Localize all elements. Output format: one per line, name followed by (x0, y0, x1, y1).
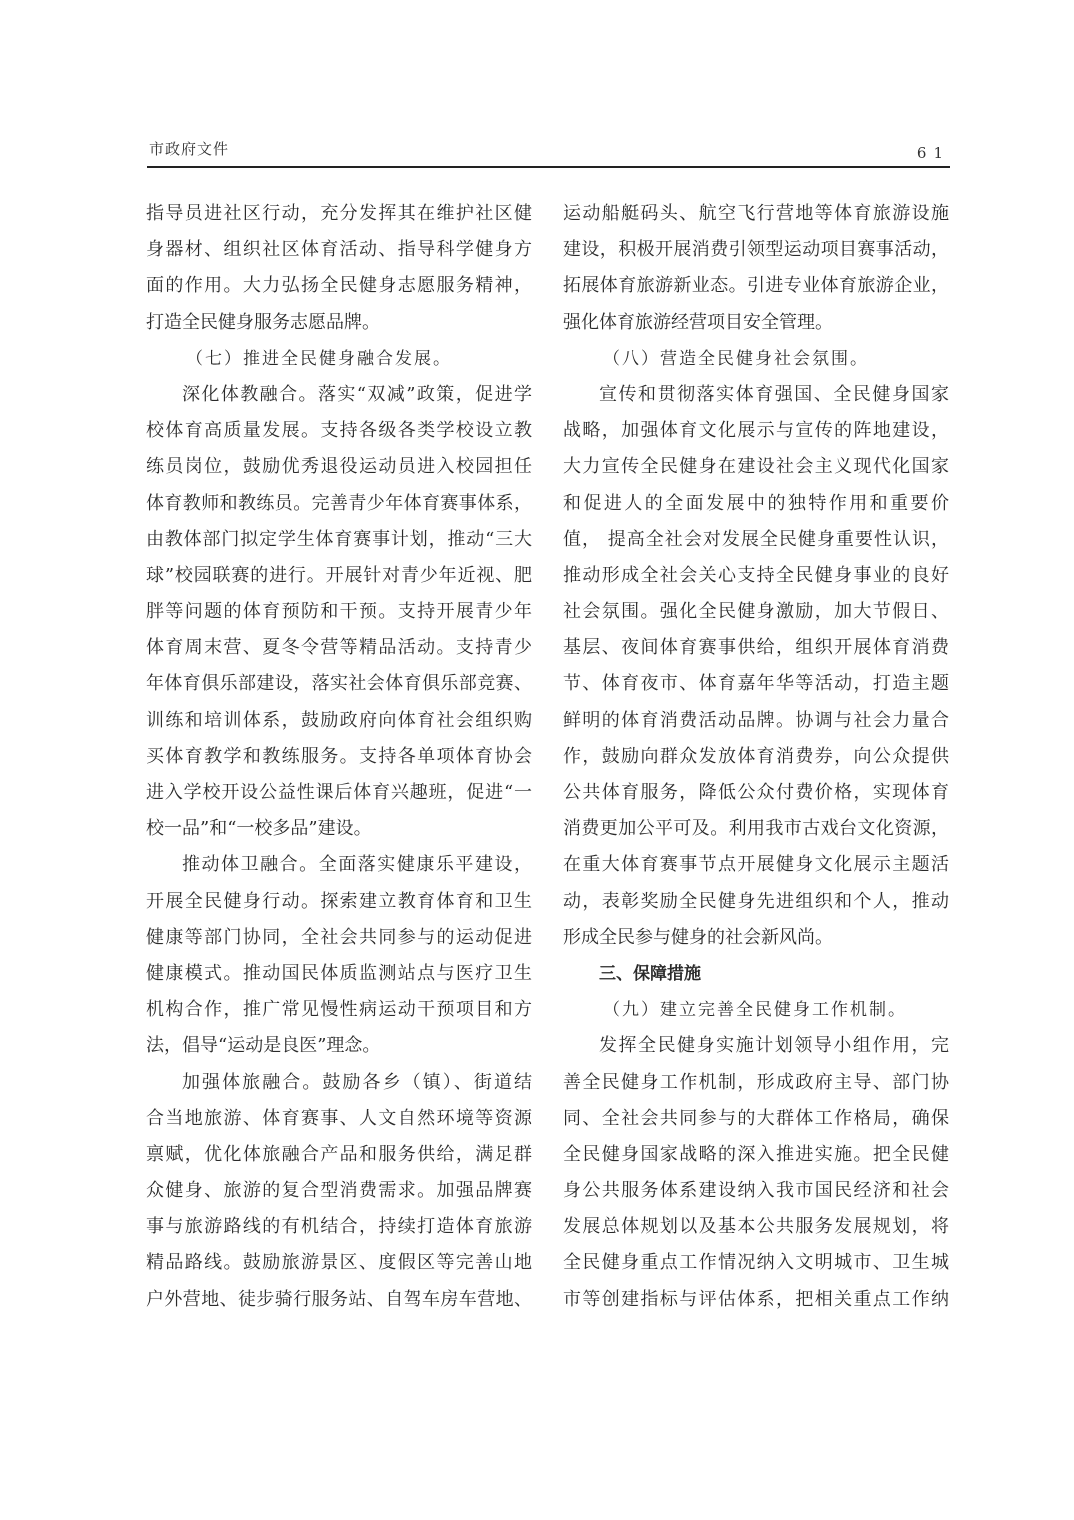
left-column: 指导员进社区行动，充分发挥其在维护社区健 身器材、组织社区体育活动、指导科学健身… (146, 196, 532, 1318)
body-line: 拓展体育旅游新业态。引进专业体育旅游企业， (563, 268, 949, 304)
body-line: 全民健身重点工作情况纳入文明城市、卫生城 (563, 1245, 949, 1281)
body-line: 同、全社会共同参与的大群体工作格局，确保 (563, 1101, 949, 1137)
section-heading-3: 三、保障措施 (563, 956, 949, 992)
body-line: 年体育俱乐部建设，落实社会体育俱乐部竞赛、 (146, 666, 532, 702)
body-line: 事与旅游路线的有机结合，持续打造体育旅游 (146, 1209, 532, 1245)
body-line: 消费更加公平可及。利用我市古戏台文化资源， (563, 811, 949, 847)
body-line: 精品路线。鼓励旅游景区、度假区等完善山地 (146, 1245, 532, 1281)
body-line: 节、体育夜市、体育嘉年华等活动，打造主题 (563, 666, 949, 702)
body-line: 面的作用。大力弘扬全民健身志愿服务精神， (146, 268, 532, 304)
body-line: 值， 提高全社会对发展全民健身重要性认识， (563, 522, 949, 558)
header-title: 市政府文件 (149, 138, 229, 159)
body-line: 户外营地、徒步骑行服务站、自驾车房车营地、 (146, 1282, 532, 1318)
body-line: 大力宣传全民健身在建设社会主义现代化国家 (563, 449, 949, 485)
body-line: 健康等部门协同，全社会共同参与的运动促进 (146, 920, 532, 956)
body-line: 由教体部门拟定学生体育赛事计划，推动“三大 (146, 522, 532, 558)
body-line: 公共体育服务，降低公众付费价格，实现体育 (563, 775, 949, 811)
body-line: 基层、夜间体育赛事供给，组织开展体育消费 (563, 630, 949, 666)
body-line: 战略，加强体育文化展示与宣传的阵地建设， (563, 413, 949, 449)
body-line: 和促进人的全面发展中的独特作用和重要价 (563, 486, 949, 522)
body-line: 健康模式。推动国民体质监测站点与医疗卫生 (146, 956, 532, 992)
paragraph-start: 宣传和贯彻落实体育强国、全民健身国家 (563, 377, 949, 413)
subsection-heading-7: （七）推进全民健身融合发展。 (146, 341, 532, 377)
subsection-heading-8: （八）营造全民健身社会氛围。 (563, 341, 949, 377)
body-line: 校一品”和“一校多品”建设。 (146, 811, 532, 847)
right-column: 运动船艇码头、航空飞行营地等体育旅游设施 建设，积极开展消费引领型运动项目赛事活… (563, 196, 949, 1318)
paragraph-start: 加强体旅融合。鼓励各乡（镇）、街道结 (146, 1065, 532, 1101)
paragraph-start: 发挥全民健身实施计划领导小组作用，完 (563, 1028, 949, 1064)
body-line: 推动形成全社会关心支持全民健身事业的良好 (563, 558, 949, 594)
body-line: 体育周末营、夏冬令营等精品活动。支持青少 (146, 630, 532, 666)
body-line: 市等创建指标与评估体系，把相关重点工作纳 (563, 1282, 949, 1318)
body-line: 众健身、旅游的复合型消费需求。加强品牌赛 (146, 1173, 532, 1209)
body-line: 买体育教学和教练服务。支持各单项体育协会 (146, 739, 532, 775)
body-line: 作，鼓励向群众发放体育消费券，向公众提供 (563, 739, 949, 775)
body-line: 强化体育旅游经营项目安全管理。 (563, 305, 949, 341)
body-line: 建设，积极开展消费引领型运动项目赛事活动， (563, 232, 949, 268)
body-line: 进入学校开设公益性课后体育兴趣班，促进“一 (146, 775, 532, 811)
paragraph-start: 推动体卫融合。全面落实健康乐平建设， (146, 847, 532, 883)
body-line: 机构合作，推广常见慢性病运动干预项目和方 (146, 992, 532, 1028)
body-line: 运动船艇码头、航空飞行营地等体育旅游设施 (563, 196, 949, 232)
subsection-heading-9: （九）建立完善全民健身工作机制。 (563, 992, 949, 1028)
body-line: 体育教师和教练员。完善青少年体育赛事体系， (146, 486, 532, 522)
body-line: 全民健身国家战略的深入推进实施。把全民健 (563, 1137, 949, 1173)
page-number: 61 (917, 144, 950, 162)
body-line: 禀赋，优化体旅融合产品和服务供给，满足群 (146, 1137, 532, 1173)
body-line: 形成全民参与健身的社会新风尚。 (563, 920, 949, 956)
body-line: 身器材、组织社区体育活动、指导科学健身方 (146, 232, 532, 268)
body-line: 合当地旅游、体育赛事、人文自然环境等资源 (146, 1101, 532, 1137)
body-line: 训练和培训体系，鼓励政府向体育社会组织购 (146, 703, 532, 739)
body-line: 动，表彰奖励全民健身先进组织和个人，推动 (563, 884, 949, 920)
body-line: 胖等问题的体育预防和干预。支持开展青少年 (146, 594, 532, 630)
body-line: 社会氛围。强化全民健身激励，加大节假日、 (563, 594, 949, 630)
body-line: 法，倡导“运动是良医”理念。 (146, 1028, 532, 1064)
body-line: 球”校园联赛的进行。开展针对青少年近视、肥 (146, 558, 532, 594)
body-line: 在重大体育赛事节点开展健身文化展示主题活 (563, 847, 949, 883)
page-header: 市政府文件 61 (147, 138, 950, 168)
paragraph-start: 深化体教融合。落实“双减”政策，促进学 (146, 377, 532, 413)
body-line: 练员岗位，鼓励优秀退役运动员进入校园担任 (146, 449, 532, 485)
body-line: 打造全民健身服务志愿品牌。 (146, 305, 532, 341)
body-line: 身公共服务体系建设纳入我市国民经济和社会 (563, 1173, 949, 1209)
body-line: 善全民健身工作机制，形成政府主导、部门协 (563, 1065, 949, 1101)
body-line: 指导员进社区行动，充分发挥其在维护社区健 (146, 196, 532, 232)
body-line: 发展总体规划以及基本公共服务发展规划，将 (563, 1209, 949, 1245)
body-line: 校体育高质量发展。支持各级各类学校设立教 (146, 413, 532, 449)
body-line: 开展全民健身行动。探索建立教育体育和卫生 (146, 884, 532, 920)
body-line: 鲜明的体育消费活动品牌。协调与社会力量合 (563, 703, 949, 739)
